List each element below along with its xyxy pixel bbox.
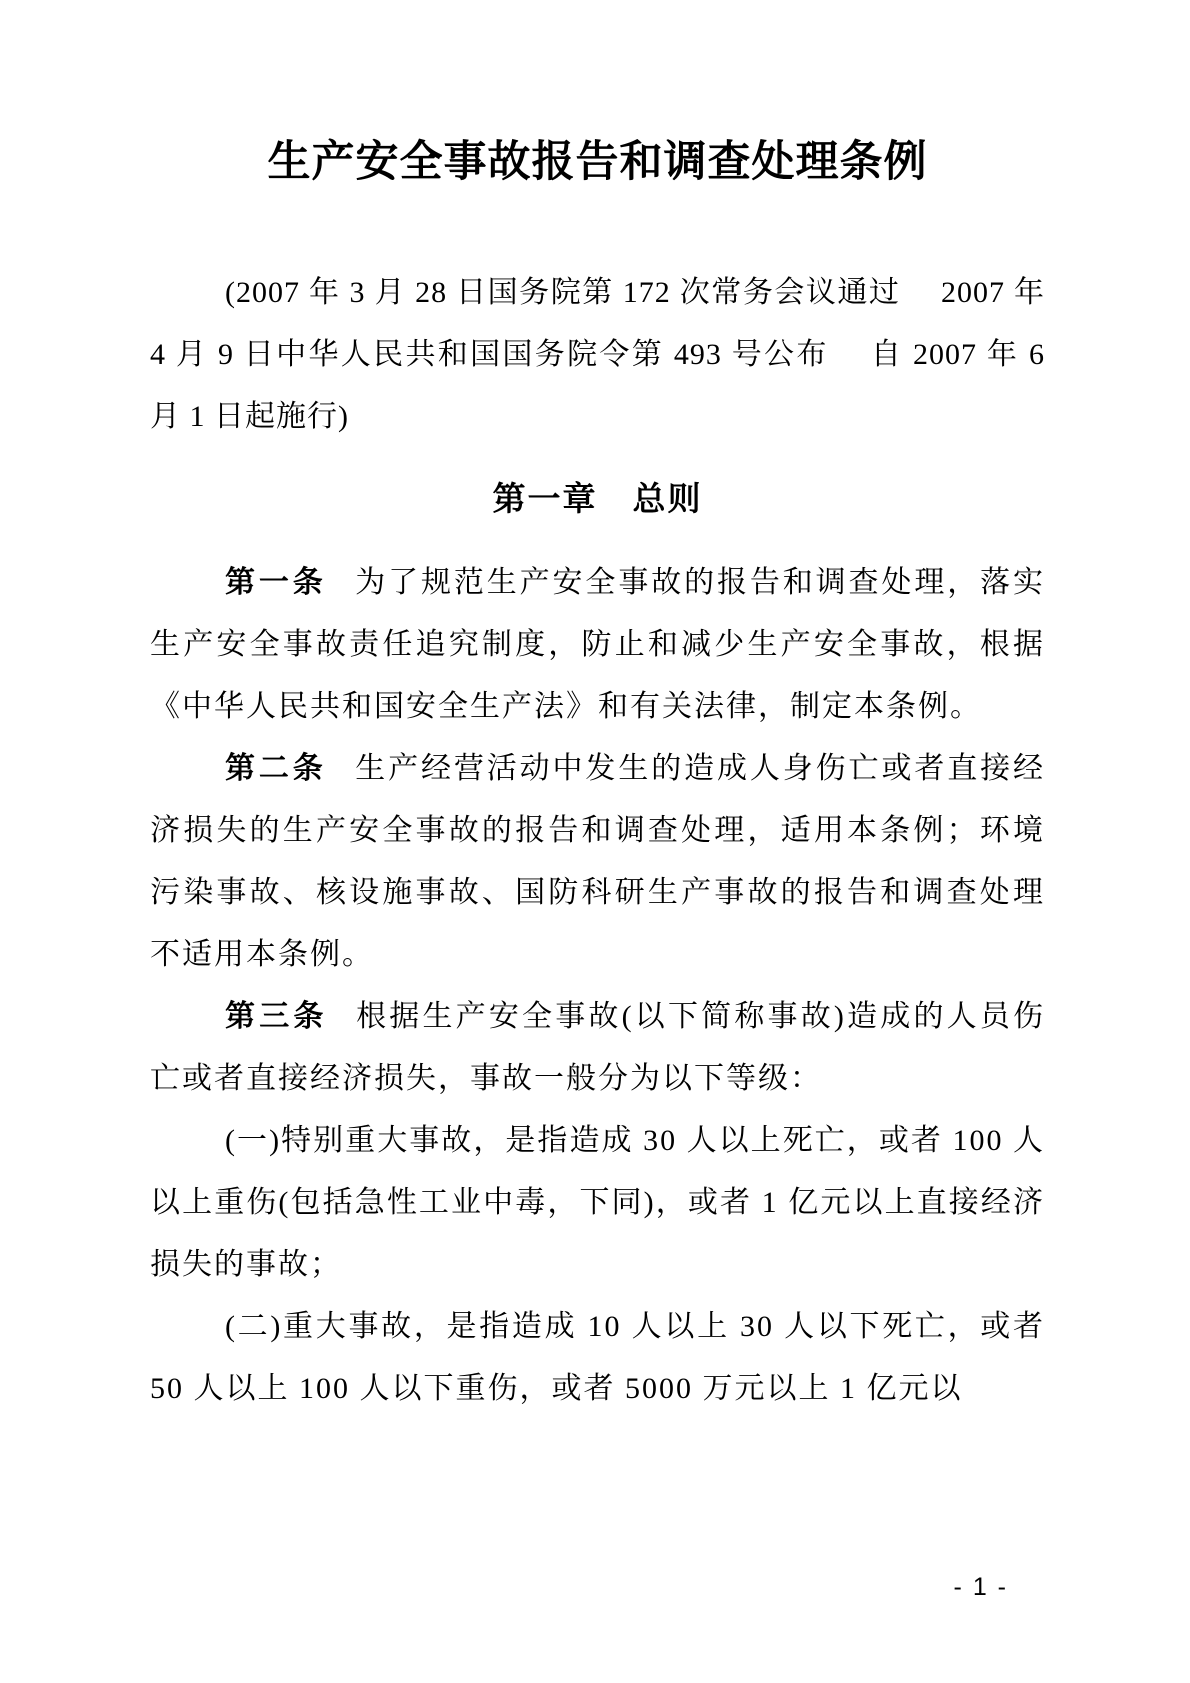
- article-paragraph-3: 第三条根据生产安全事故(以下简称事故)造成的人员伤亡或者直接经济损失，事故一般分…: [150, 986, 1045, 1110]
- document-body: 第一条为了规范生产安全事故的报告和调查处理，落实生产安全事故责任追究制度，防止和…: [150, 552, 1045, 1420]
- page-number: - 1 -: [954, 1572, 1008, 1602]
- article-1-label: 第一条: [225, 566, 327, 599]
- preamble-paragraph: (2007 年 3 月 28 日国务院第 172 次常务会议通过 2007 年 …: [150, 262, 1045, 448]
- document-page: 生产安全事故报告和调查处理条例 (2007 年 3 月 28 日国务院第 172…: [0, 0, 1190, 1683]
- chapter-heading: 第一章 总则: [150, 468, 1045, 530]
- article-paragraph-2: 第二条生产经营活动中发生的造成人身伤亡或者直接经济损失的生产安全事故的报告和调查…: [150, 738, 1045, 986]
- article-3-label: 第三条: [225, 1000, 328, 1033]
- grade-item-1: (一)特别重大事故，是指造成 30 人以上死亡，或者 100 人以上重伤(包括急…: [150, 1110, 1045, 1296]
- document-title: 生产安全事故报告和调查处理条例: [150, 132, 1045, 194]
- article-paragraph-1: 第一条为了规范生产安全事故的报告和调查处理，落实生产安全事故责任追究制度，防止和…: [150, 552, 1045, 738]
- article-2-label: 第二条: [225, 752, 327, 785]
- grade-item-2: (二)重大事故，是指造成 10 人以上 30 人以下死亡，或者 50 人以上 1…: [150, 1296, 1045, 1420]
